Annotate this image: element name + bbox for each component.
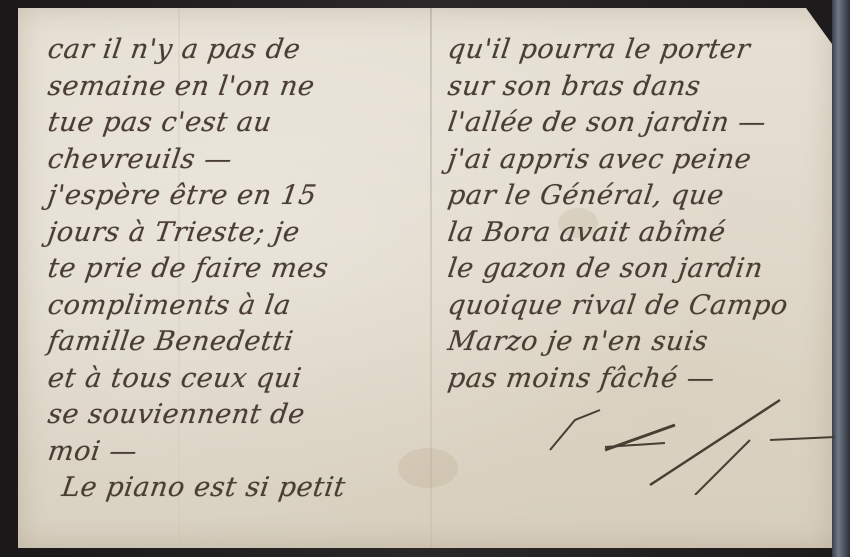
text-line: quoique rival de Campo <box>445 288 820 325</box>
text-line: Marzo je n'en suis <box>445 324 820 361</box>
text-line: sur son bras dans <box>445 69 820 106</box>
text-line: qu'il pourra le porter <box>445 32 820 69</box>
text-line: Le piano est si petit <box>45 470 410 507</box>
text-line: moi — <box>45 434 410 471</box>
signature: E. de Sigona <box>545 395 835 495</box>
text-line: te prie de faire mes <box>45 251 410 288</box>
text-line: jours à Trieste; je <box>45 215 410 252</box>
text-line: semaine en l'on ne <box>45 69 410 106</box>
text-line: j'espère être en 15 <box>45 178 410 215</box>
right-page: qu'il pourra le porter sur son bras dans… <box>448 32 818 397</box>
text-line: j'ai appris avec peine <box>445 142 820 179</box>
text-line: famille Benedetti <box>45 324 410 361</box>
text-line: chevreuils — <box>45 142 410 179</box>
text-line: et à tous ceux qui <box>45 361 410 398</box>
left-page: car il n'y a pas de semaine en l'on ne t… <box>48 32 408 507</box>
text-line: pas moins fâché — <box>445 361 820 398</box>
text-line: compliments à la <box>45 288 410 325</box>
text-line: l'allée de son jardin — <box>445 105 820 142</box>
text-line: se souviennent de <box>45 397 410 434</box>
text-line: tue pas c'est au <box>45 105 410 142</box>
text-line: par le Général, que <box>445 178 820 215</box>
text-line: car il n'y a pas de <box>45 32 410 69</box>
text-line: la Bora avait abîmé <box>445 215 820 252</box>
text-line: le gazon de son jardin <box>445 251 820 288</box>
